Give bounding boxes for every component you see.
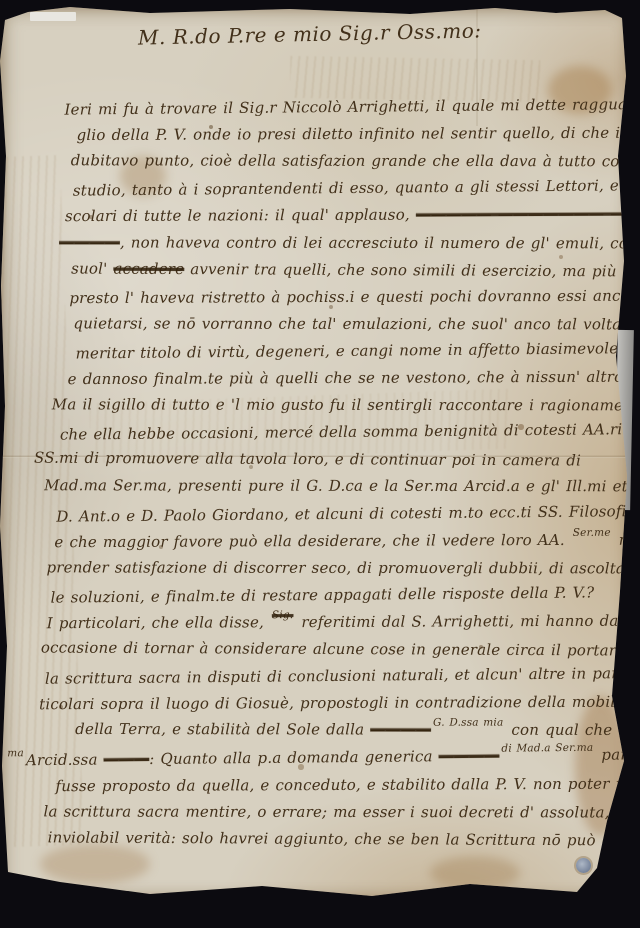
handwritten-text: Ma il sigillo di tutto e 'l mio gusto fu… — [52, 395, 640, 414]
handwritten-text: , non haveva contro di lei accresciuto i… — [120, 233, 640, 252]
manuscript-paper: M. R.do P.re e mio Sig.r Oss.mo: Ieri mi… — [0, 6, 638, 906]
handwritten-text: prender satisfazione di discorrer seco, … — [46, 558, 640, 577]
manuscript-line: ————, non haveva contro di lei accresciu… — [59, 233, 640, 252]
interline-insertion: Ser.me — [573, 526, 611, 538]
handwritten-text: I particolari, che ella disse, — [47, 613, 270, 632]
photo-background: M. R.do P.re e mio Sig.r Oss.mo: Ieri mi… — [0, 0, 640, 928]
manuscript-line: suol' accadere avvenir tra quelli, che s… — [71, 259, 617, 280]
manuscript-line: glio della P. V. onde io presi diletto i… — [77, 124, 640, 145]
handwritten-text: Arcid.ssa — [26, 751, 104, 770]
handwritten-text: con qual che replica della — [505, 721, 640, 739]
interline-insertion: ma — [7, 748, 24, 760]
handwritten-text: Mad.ma Ser.ma, presenti pure il G. D.ca … — [44, 477, 640, 496]
handwritten-text: occasione di tornar à considerare alcune… — [41, 638, 616, 659]
handwritten-text: le soluzioni, e finalm.te di restare app… — [51, 583, 595, 606]
manuscript-line: Ma il sigillo di tutto e 'l mio gusto fu… — [52, 395, 640, 414]
handwritten-text: suol' — [71, 259, 113, 277]
handwritten-text: med.me — [613, 530, 640, 548]
manuscript-line: della Terra, e stabilità del Sole dalla … — [75, 720, 640, 739]
struck-text: ———— — [439, 747, 500, 766]
manuscript-line: ma Arcid.ssa ———: Quanto alla p.a domand… — [5, 744, 640, 769]
manuscript-line: che ella hebbe occasioni, mercé della so… — [60, 420, 623, 443]
handwritten-text: inviolabil verità: solo havrei aggiunto,… — [48, 828, 631, 849]
manuscript-line: presto l' haveva ristretto à pochiss.i e… — [69, 286, 640, 307]
handwritten-text: ticolari sopra il luogo di Giosuè, propo… — [39, 693, 636, 714]
interline-insertion: G. D.ssa mia — [433, 717, 503, 729]
handwritten-text: fusse proposto da quella, e conceduto, e… — [55, 774, 640, 795]
handwritten-text: che ella hebbe occasioni, mercé della so… — [60, 420, 623, 443]
handwritten-text: glio della P. V. onde io presi diletto i… — [77, 124, 640, 145]
manuscript-line: la scrittura sacra mentire, o errare; ma… — [44, 802, 625, 821]
manuscript-line: ticolari sopra il luogo di Giosuè, propo… — [39, 693, 636, 714]
manuscript-line: e dannoso finalm.te più à quelli che se … — [68, 368, 628, 388]
struck-text: accadere — [113, 259, 184, 277]
manuscript-line: inviolabil verità: solo havrei aggiunto,… — [48, 828, 631, 849]
struck-text: ———— — [59, 233, 120, 251]
handwritten-text: la scrittura sacra mentire, o errare; ma… — [44, 802, 625, 821]
manuscript-line: fusse proposto da quella, e conceduto, e… — [55, 774, 640, 795]
struck-text: ———— — [370, 721, 431, 739]
struck-text: ——— — [104, 750, 150, 768]
handwritten-text: della Terra, e stabilità del Sole dalla — [75, 720, 370, 739]
handwritten-text: la scrittura sacra in disputi di conclus… — [45, 664, 632, 688]
manuscript-line: prender satisfazione di discorrer seco, … — [46, 558, 640, 577]
manuscript-line: studio, tanto à i soprantendenti di esso… — [73, 176, 640, 200]
foxing-specks — [0, 6, 2, 8]
struck-text: Sig. — [272, 609, 293, 621]
handwritten-text: meritar titolo di virtù, degeneri, e can… — [75, 339, 618, 362]
handwritten-text: avvenir tra quelli, che sono simili di e… — [184, 260, 616, 280]
manuscript-line: meritar titolo di virtù, degeneri, e can… — [75, 339, 618, 362]
handwritten-text: D. Ant.o e D. Paolo Giordano, et alcuni … — [56, 502, 632, 526]
handwritten-text: parmi ch' prudentiss.te — [595, 744, 640, 764]
manuscript-line: la scrittura sacra in disputi di conclus… — [45, 664, 632, 688]
handwritten-text: referitimi dal S. Arrighetti, mi hanno d… — [295, 612, 634, 631]
handwritten-text: Ieri mi fu à trovare il Sig.r Niccolò Ar… — [64, 95, 640, 119]
handwritten-text: SS.mi di promuovere alla tavola loro, e … — [34, 449, 581, 470]
manuscript-line: Ieri mi fu à trovare il Sig.r Niccolò Ar… — [64, 95, 640, 119]
struck-text: ————— ——————— ——— — [416, 205, 640, 224]
manuscript-line: quietarsi, se nō vorranno che tal' emula… — [73, 314, 621, 333]
handwritten-text: quietarsi, se nō vorranno che tal' emula… — [73, 314, 621, 333]
handwritten-text: scolari di tutte le nazioni: il qual' ap… — [65, 206, 416, 226]
manuscript-line: e che maggior favore può ella desiderare… — [54, 530, 640, 551]
handwritten-text: e dannoso finalm.te più à quelli che se … — [68, 368, 628, 388]
handwritten-text: presto l' haveva ristretto à pochiss.i e… — [69, 286, 640, 307]
manuscript-line: scolari di tutte le nazioni: il qual' ap… — [65, 205, 640, 226]
interline-insertion: di Mad.a Ser.ma — [501, 742, 593, 755]
handwritten-text: e che maggior favore può ella desiderare… — [54, 530, 570, 550]
manuscript-line: dubitavo punto, cioè della satisfazion g… — [71, 151, 640, 170]
manuscript-line: D. Ant.o e D. Paolo Giordano, et alcuni … — [56, 502, 632, 526]
manuscript-line: SS.mi di promuovere alla tavola loro, e … — [34, 449, 581, 470]
manuscript-line: le soluzioni, e finalm.te di restare app… — [51, 583, 595, 606]
letter-body: Ieri mi fu à trovare il Sig.r Niccolò Ar… — [0, 5, 640, 908]
manuscript-line: I particolari, che ella disse, Sig. refe… — [47, 612, 634, 633]
handwritten-text: : Quanto alla p.a domanda generica — [149, 748, 439, 769]
handwritten-text: studio, tanto à i soprantendenti di esso… — [73, 176, 640, 200]
manuscript-line: Mad.ma Ser.ma, presenti pure il G. D.ca … — [44, 477, 640, 496]
manuscript-line: occasione di tornar à considerare alcune… — [41, 638, 616, 659]
handwritten-text: dubitavo punto, cioè della satisfazion g… — [71, 151, 640, 170]
